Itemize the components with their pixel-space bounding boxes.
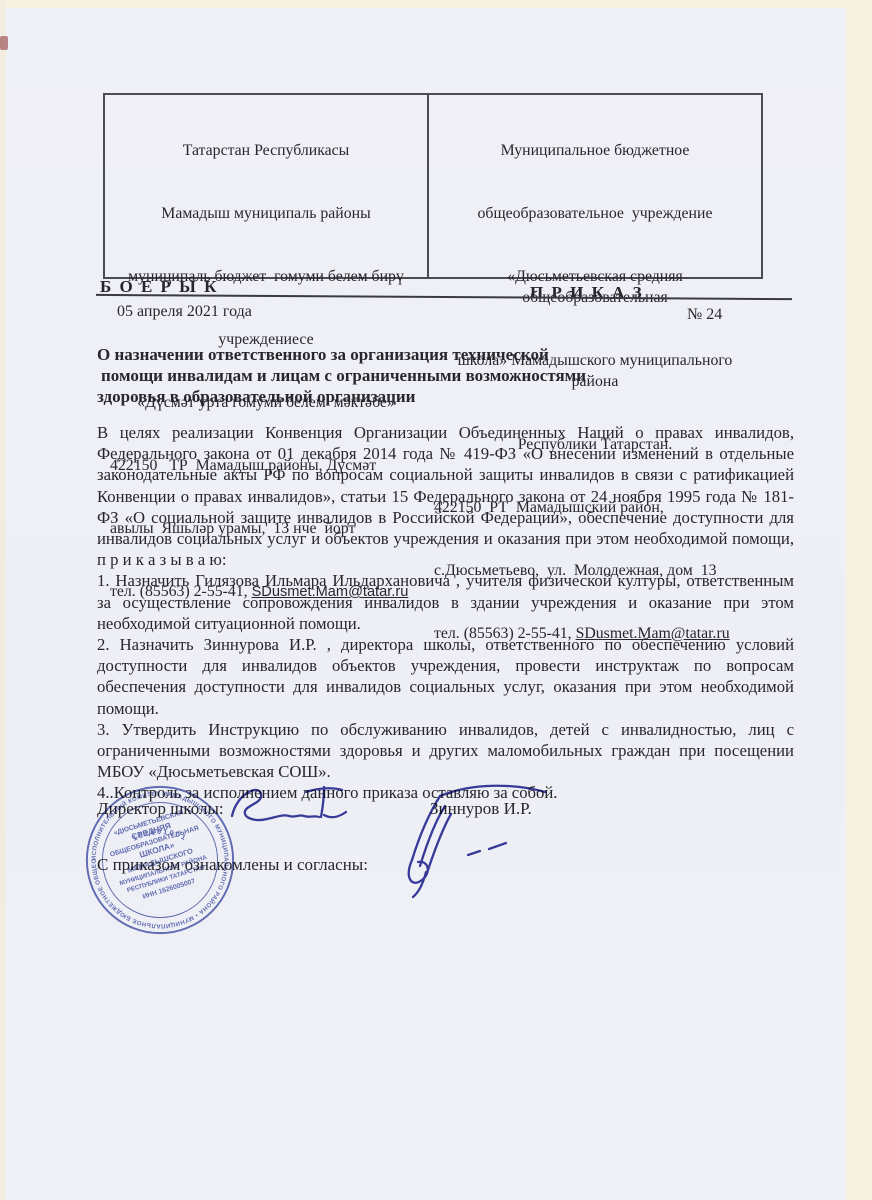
order-subject: О назначении ответственного за организац… — [97, 344, 717, 407]
org-name-russian-line: Муниципальное бюджетное — [434, 140, 756, 161]
letterhead-russian-cell: Муниципальное бюджетное общеобразователь… — [429, 95, 761, 277]
order-item-3: 3. Утвердить Инструкцию по обслуживанию … — [97, 719, 794, 783]
consent-signature-ink — [382, 782, 567, 900]
scanned-order-page: Татарстан Республикасы Мамадыш муниципал… — [0, 0, 872, 1200]
order-item-1: 1. Назначить Гилязова Ильмара Ильдархано… — [97, 570, 794, 634]
red-ink-mark — [0, 36, 8, 50]
org-name-russian-line: общеобразовательное учреждение — [434, 203, 756, 224]
subject-line: помощи инвалидам и лицам с ограниченными… — [97, 365, 717, 386]
director-signature-ink — [224, 778, 354, 840]
order-number: № 24 — [687, 306, 722, 324]
scanner-edge-left — [0, 0, 6, 1200]
order-item-2: 2. Назначить Зиннурова И.Р. , директора … — [97, 634, 794, 719]
intro-paragraph: В целях реализации Конвенция Организации… — [97, 422, 794, 570]
scanner-edge-top — [0, 0, 872, 8]
order-word-russian: П Р И К А З — [530, 283, 644, 303]
subject-line: здоровья в образовательной организации — [97, 386, 717, 407]
org-name-tatar-line: Мамадыш муниципаль районы — [110, 203, 422, 224]
letterhead-tatar-cell: Татарстан Республикасы Мамадыш муниципал… — [105, 95, 429, 277]
order-body: В целях реализации Конвенция Организации… — [97, 422, 794, 804]
scanner-edge-right — [846, 0, 872, 1200]
subject-line: О назначении ответственного за организац… — [97, 344, 717, 365]
org-name-tatar-line: Татарстан Республикасы — [110, 140, 422, 161]
school-round-stamp: ИСПОЛНИТЕЛЬНЫЙ КОМИТЕТ МАМАДЫШСКОГО МУНИ… — [82, 782, 238, 938]
letterhead-table: Татарстан Республикасы Мамадыш муниципал… — [103, 93, 763, 279]
order-date: 05 апреля 2021 года — [117, 303, 252, 321]
